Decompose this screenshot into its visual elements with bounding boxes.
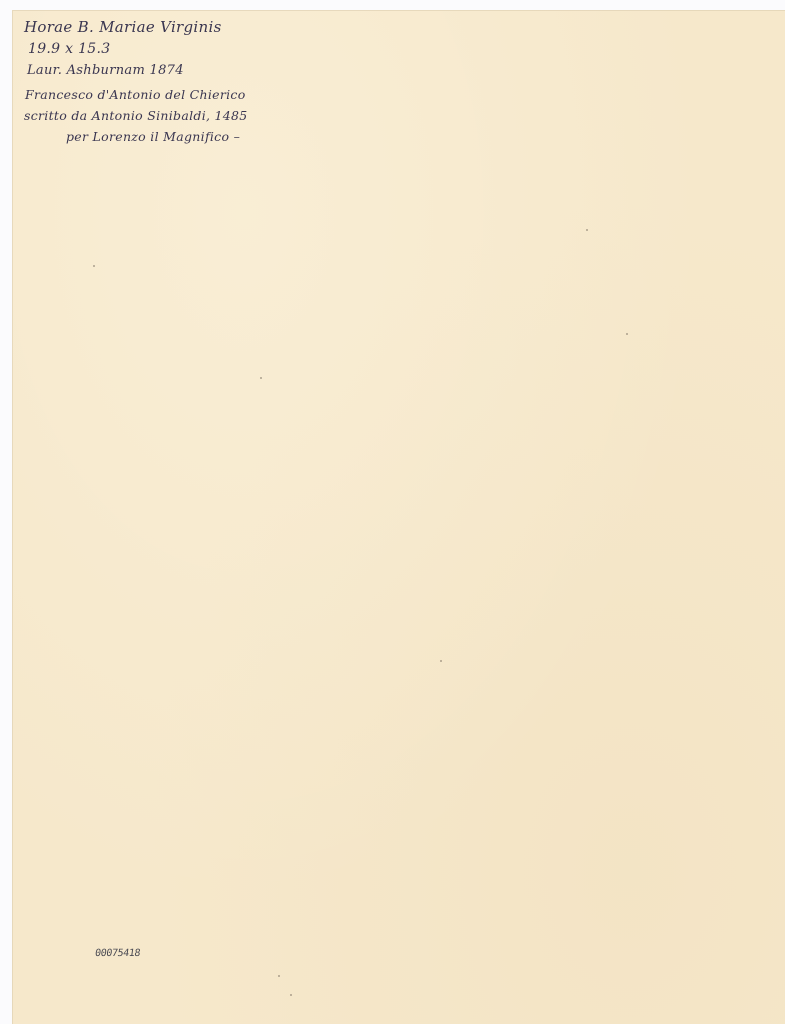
paper-speck (440, 660, 442, 662)
paper-sheet (12, 10, 785, 1024)
scan-page: Horae B. Mariae Virginis 19.9 x 15.3 Lau… (0, 0, 785, 1024)
annotation-patron: per Lorenzo il Magnifico – (66, 131, 240, 144)
paper-speck (93, 265, 95, 267)
annotation-dimensions: 19.9 x 15.3 (28, 42, 110, 56)
annotation-illuminator: Francesco d'Antonio del Chierico (25, 89, 246, 102)
annotation-scribe: scritto da Antonio Sinibaldi, 1485 (24, 110, 248, 123)
annotation-shelfmark: Laur. Ashburnam 1874 (27, 64, 184, 77)
accession-number: 00075418 (94, 948, 141, 959)
paper-speck (260, 377, 262, 379)
paper-speck (586, 229, 588, 231)
paper-speck (290, 994, 292, 996)
paper-speck (278, 975, 280, 977)
annotation-title: Horae B. Mariae Virginis (24, 20, 222, 35)
paper-speck (626, 333, 628, 335)
